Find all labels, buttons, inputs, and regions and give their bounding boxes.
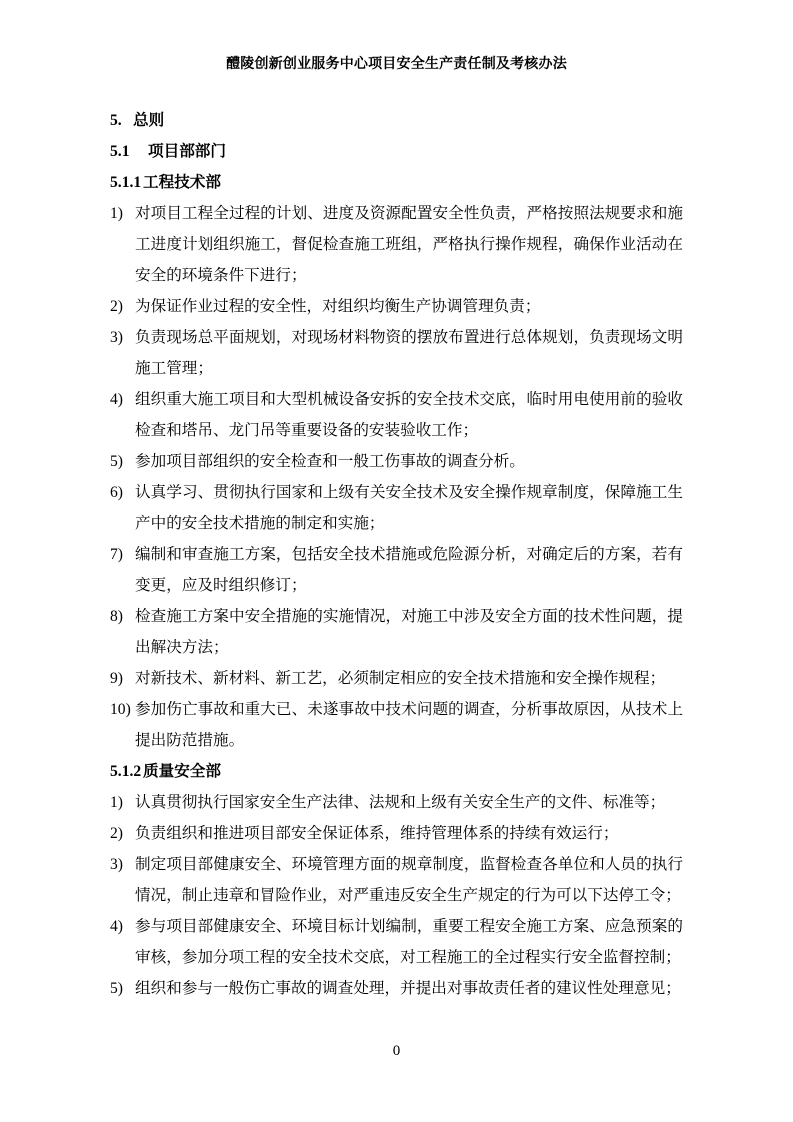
- list-item: 2)负责组织和推进项目部安全保证体系，维持管理体系的持续有效运行；: [110, 818, 683, 849]
- list-item: 5)组织和参与一般伤亡事故的调查处理，并提出对事故责任者的建议性处理意见；: [110, 973, 683, 1004]
- list-item-text: 对新技术、新材料、新工艺，必须制定相应的安全技术措施和安全操作规程；: [135, 670, 665, 687]
- list-item-text: 对项目工程全过程的计划、进度及资源配置安全性负责，严格按照法规要求和施工进度计划…: [135, 205, 683, 284]
- tech-dept-list: 1)对项目工程全过程的计划、进度及资源配置安全性负责，严格按照法规要求和施工进度…: [110, 198, 683, 756]
- document-body: 5.总则 5.1项目部部门 5.1.1工程技术部 1)对项目工程全过程的计划、进…: [110, 105, 683, 1004]
- list-item-number: 1): [110, 198, 135, 229]
- list-item-text: 参与项目部健康安全、环境目标计划编制，重要工程安全施工方案、应急预案的审核，参加…: [135, 918, 683, 966]
- list-item: 9)对新技术、新材料、新工艺，必须制定相应的安全技术措施和安全操作规程；: [110, 663, 683, 694]
- list-item-text: 为保证作业过程的安全性，对组织均衡生产协调管理负责；: [135, 298, 540, 315]
- list-item-number: 2): [110, 818, 135, 849]
- list-item-text: 组织和参与一般伤亡事故的调查处理，并提出对事故责任者的建议性处理意见；: [135, 980, 681, 997]
- list-item-text: 参加项目部组织的安全检查和一般工伤事故的调查分析。: [135, 453, 525, 470]
- list-item: 6)认真学习、贯彻执行国家和上级有关安全技术及安全操作规章制度，保障施工生产中的…: [110, 477, 683, 539]
- list-item-number: 7): [110, 539, 135, 570]
- heading-number: 5.1.2: [110, 756, 143, 787]
- list-item-number: 4): [110, 384, 135, 415]
- list-item-number: 5): [110, 446, 135, 477]
- list-item: 4)组织重大施工项目和大型机械设备安拆的安全技术交底，临时用电使用前的验收检查和…: [110, 384, 683, 446]
- list-item: 4)参与项目部健康安全、环境目标计划编制，重要工程安全施工方案、应急预案的审核，…: [110, 911, 683, 973]
- heading-project-dept: 5.1项目部部门: [110, 136, 683, 167]
- list-item-text: 负责现场总平面规划，对现场材料物资的摆放布置进行总体规划，负责现场文明施工管理；: [135, 329, 683, 377]
- list-item-text: 组织重大施工项目和大型机械设备安拆的安全技术交底，临时用电使用前的验收检查和塔吊…: [135, 391, 683, 439]
- list-item-number: 6): [110, 477, 135, 508]
- heading-label: 工程技术部: [143, 174, 221, 191]
- list-item: 3)负责现场总平面规划，对现场材料物资的摆放布置进行总体规划，负责现场文明施工管…: [110, 322, 683, 384]
- list-item-number: 10): [110, 694, 135, 725]
- list-item-text: 认真贯彻执行国家安全生产法律、法规和上级有关安全生产的文件、标准等；: [135, 794, 665, 811]
- list-item: 10)参加伤亡事故和重大已、未遂事故中技术问题的调查，分析事故原因，从技术上提出…: [110, 694, 683, 756]
- list-item: 8)检查施工方案中安全措施的实施情况，对施工中涉及安全方面的技术性问题，提出解决…: [110, 601, 683, 663]
- list-item-number: 8): [110, 601, 135, 632]
- list-item-number: 3): [110, 322, 135, 353]
- heading-label: 质量安全部: [143, 763, 221, 780]
- list-item: 5)参加项目部组织的安全检查和一般工伤事故的调查分析。: [110, 446, 683, 477]
- list-item-number: 3): [110, 849, 135, 880]
- page-number: 0: [393, 1043, 401, 1059]
- heading-number: 5.: [110, 105, 133, 136]
- document-page: 醴陵创新创业服务中心项目安全生产责任制及考核办法 5.总则 5.1项目部部门 5…: [0, 0, 793, 1122]
- list-item-number: 2): [110, 291, 135, 322]
- list-item-number: 4): [110, 911, 135, 942]
- document-footer: 0: [0, 1041, 793, 1061]
- list-item: 1)对项目工程全过程的计划、进度及资源配置安全性负责，严格按照法规要求和施工进度…: [110, 198, 683, 291]
- list-item: 7)编制和审查施工方案，包括安全技术措施或危险源分析，对确定后的方案，若有变更，…: [110, 539, 683, 601]
- list-item-text: 负责组织和推进项目部安全保证体系，维持管理体系的持续有效运行；: [135, 825, 618, 842]
- quality-dept-list: 1)认真贯彻执行国家安全生产法律、法规和上级有关安全生产的文件、标准等； 2)负…: [110, 787, 683, 1004]
- list-item-text: 检查施工方案中安全措施的实施情况，对施工中涉及安全方面的技术性问题，提出解决方法…: [135, 608, 683, 656]
- heading-number: 5.1.1: [110, 167, 143, 198]
- heading-tech-dept: 5.1.1工程技术部: [110, 167, 683, 198]
- heading-general: 5.总则: [110, 105, 683, 136]
- list-item-text: 参加伤亡事故和重大已、未遂事故中技术问题的调查，分析事故原因，从技术上提出防范措…: [135, 701, 683, 749]
- list-item-text: 认真学习、贯彻执行国家和上级有关安全技术及安全操作规章制度，保障施工生产中的安全…: [135, 484, 683, 532]
- list-item-text: 编制和审查施工方案，包括安全技术措施或危险源分析，对确定后的方案，若有变更，应及…: [135, 546, 683, 594]
- heading-label: 总则: [133, 112, 164, 129]
- document-title: 醴陵创新创业服务中心项目安全生产责任制及考核办法: [226, 57, 567, 72]
- heading-label: 项目部部门: [148, 143, 226, 160]
- list-item: 2)为保证作业过程的安全性，对组织均衡生产协调管理负责；: [110, 291, 683, 322]
- list-item-number: 9): [110, 663, 135, 694]
- list-item: 1)认真贯彻执行国家安全生产法律、法规和上级有关安全生产的文件、标准等；: [110, 787, 683, 818]
- heading-number: 5.1: [110, 136, 148, 167]
- list-item: 3)制定项目部健康安全、环境管理方面的规章制度，监督检查各单位和人员的执行情况，…: [110, 849, 683, 911]
- list-item-text: 制定项目部健康安全、环境管理方面的规章制度，监督检查各单位和人员的执行情况，制止…: [135, 856, 683, 904]
- heading-quality-dept: 5.1.2质量安全部: [110, 756, 683, 787]
- list-item-number: 1): [110, 787, 135, 818]
- document-header: 醴陵创新创业服务中心项目安全生产责任制及考核办法: [0, 55, 793, 74]
- list-item-number: 5): [110, 973, 135, 1004]
